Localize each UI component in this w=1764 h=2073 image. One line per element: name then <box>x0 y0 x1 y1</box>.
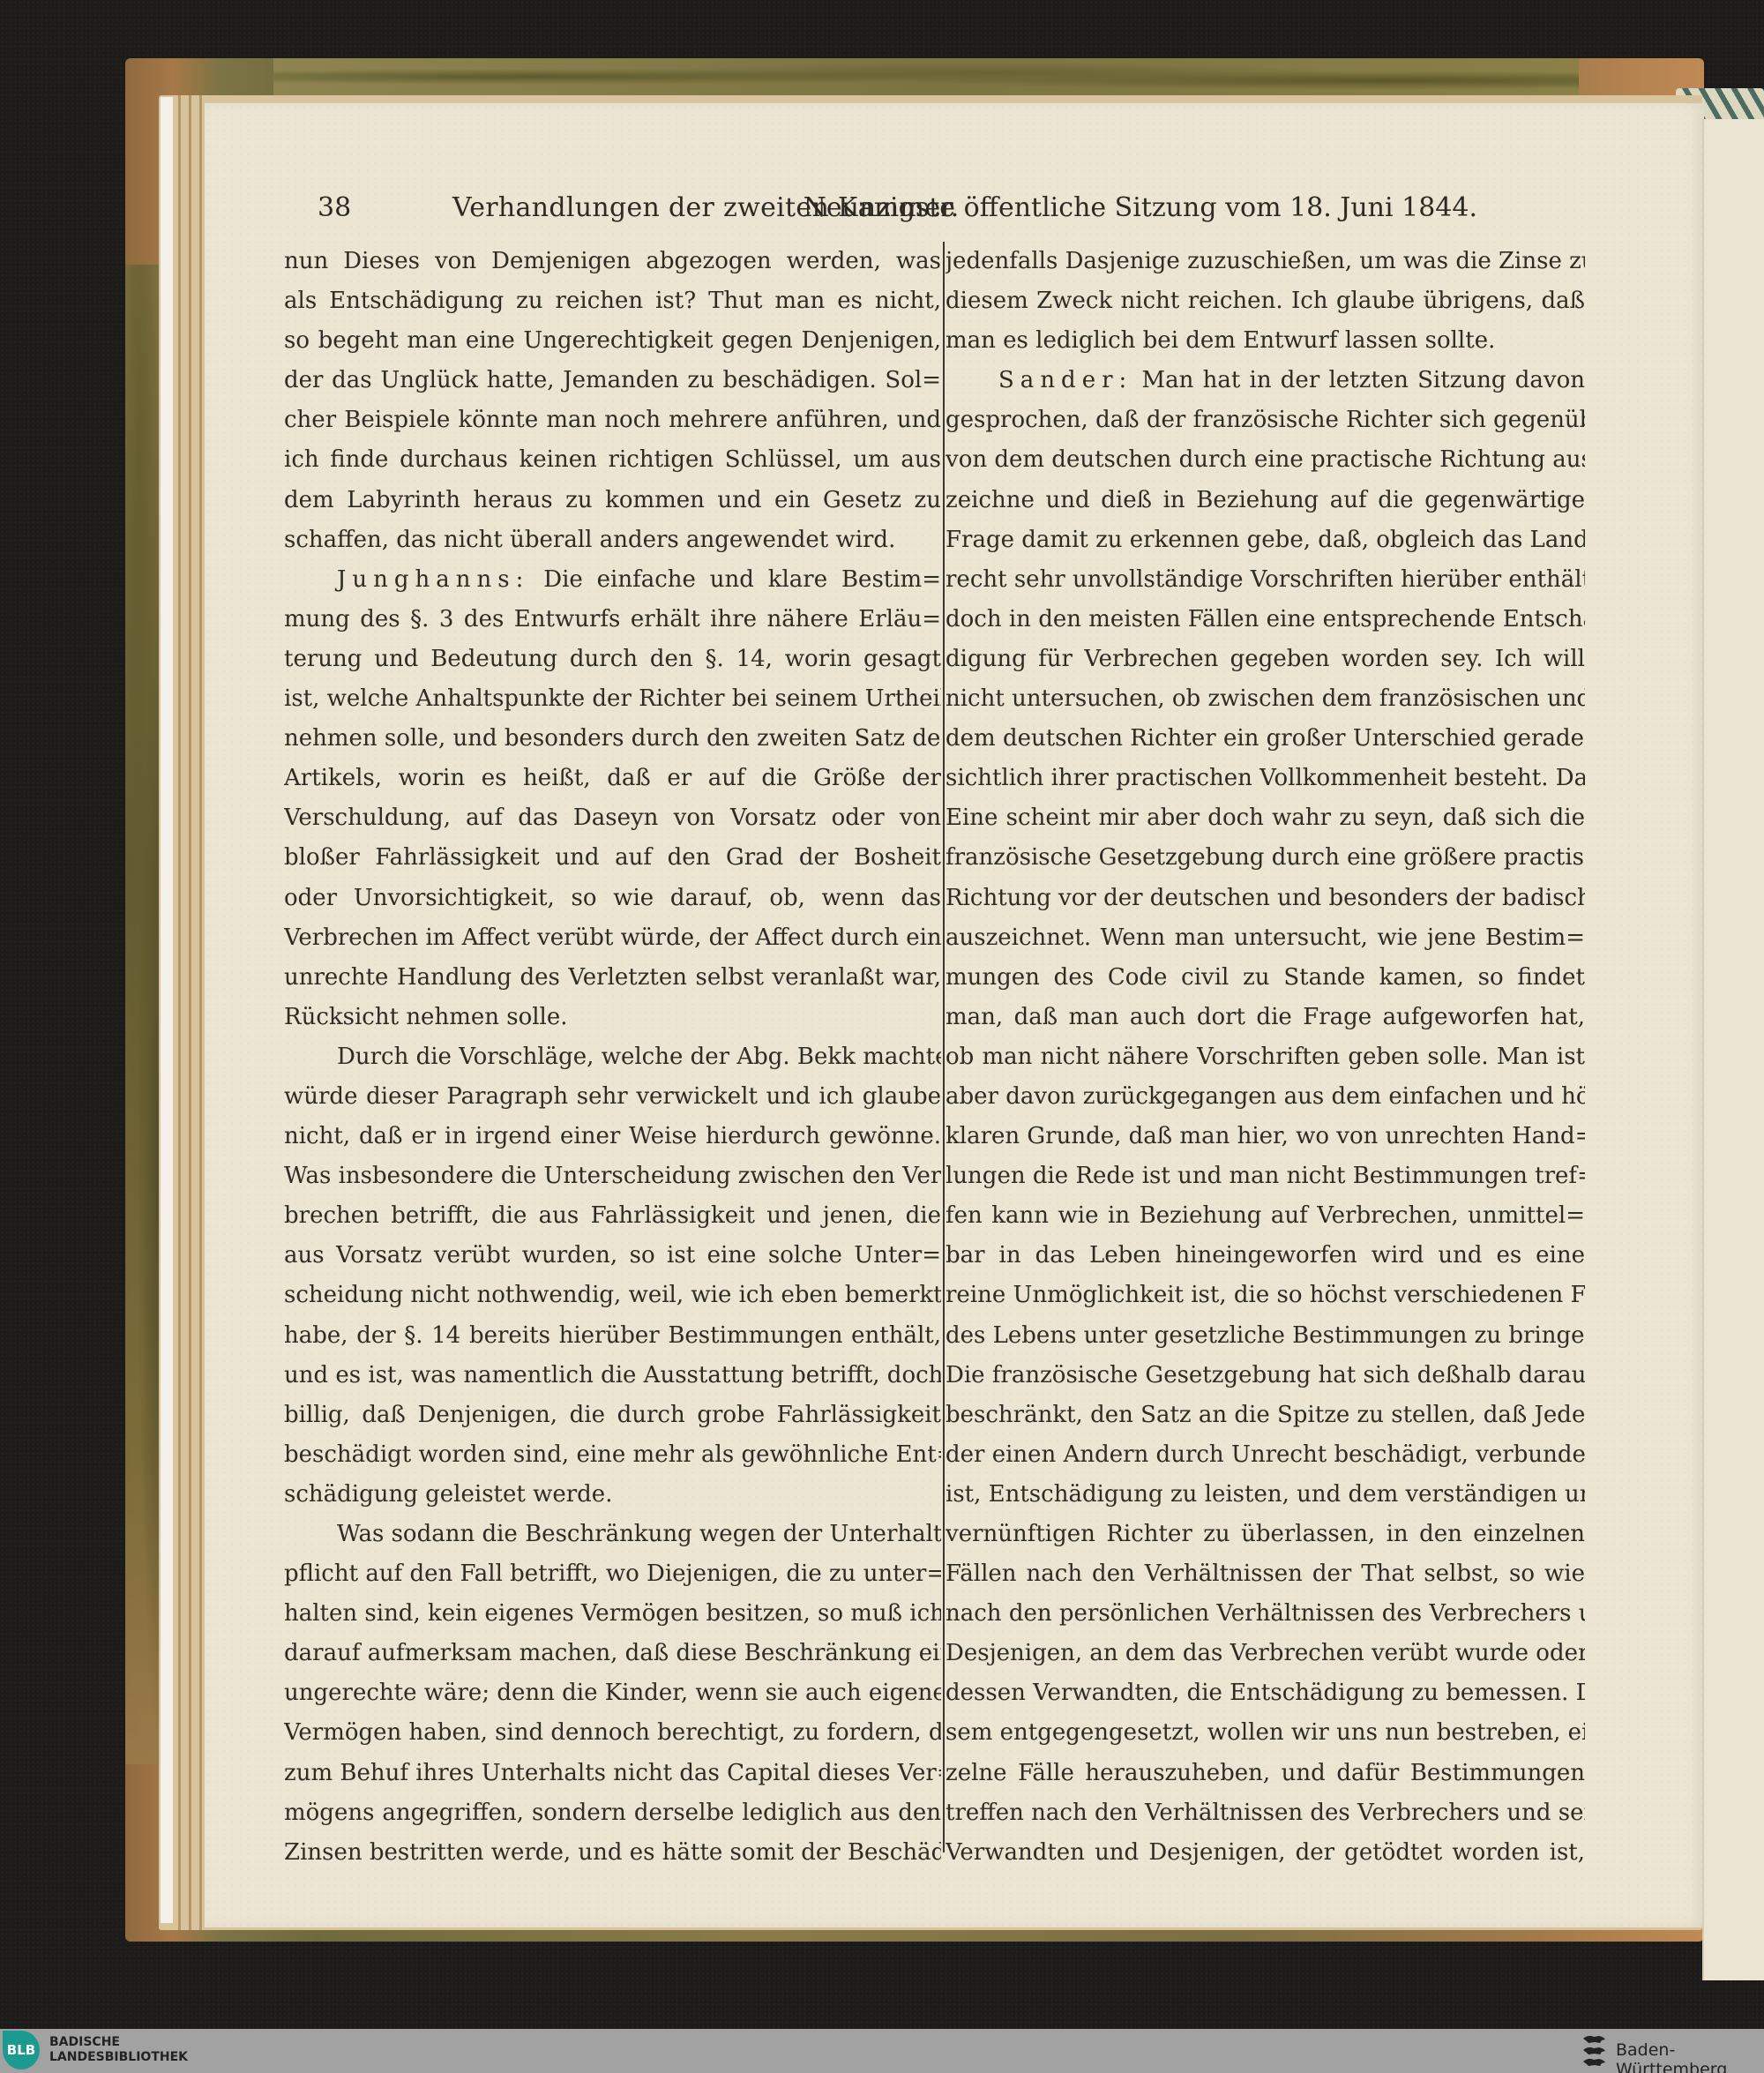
facing-page-edge <box>1702 119 1764 1980</box>
text-line: nicht, daß er in irgend einer Weise hier… <box>284 1117 941 1156</box>
text-line: fen kann wie in Beziehung auf Verbrechen… <box>946 1196 1585 1236</box>
text-line: würde dieser Paragraph sehr verwickelt u… <box>284 1077 941 1117</box>
text-line: so begeht man eine Ungerechtigkeit gegen… <box>284 321 941 361</box>
text-line: aber davon zurückgegangen aus dem einfac… <box>946 1077 1585 1117</box>
text-line: digung für Verbrechen gegeben worden sey… <box>946 640 1585 679</box>
text-line: jedenfalls Dasjenige zuzuschießen, um wa… <box>946 242 1585 281</box>
text-line: terung und Bedeutung durch den §. 14, wo… <box>284 640 941 679</box>
text-line: ungerechte wäre; denn die Kinder, wenn s… <box>284 1673 941 1713</box>
blb-name[interactable]: BADISCHE LANDESBIBLIOTHEK <box>49 2035 188 2065</box>
text-line: beschränkt, den Satz an die Spitze zu st… <box>946 1396 1585 1435</box>
text-line: unrechte Handlung des Verletzten selbst … <box>284 958 941 998</box>
text-line: aus Vorsatz verübt wurden, so ist eine s… <box>284 1236 941 1276</box>
text-line: recht sehr unvollständige Vorschriften h… <box>946 560 1585 600</box>
speaker-name: Sander: <box>998 367 1132 393</box>
text-line: nehmen solle, und besonders durch den zw… <box>284 719 941 759</box>
left-column: nun Dieses von Demjenigen abgezogen werd… <box>284 242 941 1873</box>
text-line: mung des §. 3 des Entwurfs erhält ihre n… <box>284 600 941 640</box>
page-number: 38 <box>318 192 351 223</box>
footer-bar: BLB BADISCHE LANDESBIBLIOTHEK Baden-Würt… <box>0 2029 1764 2073</box>
endpaper-edge <box>161 97 173 1923</box>
text-line: französische Gesetzgebung durch eine grö… <box>946 838 1585 878</box>
text-line: als Entschädigung zu reichen ist? Thut m… <box>284 281 941 321</box>
text-line: Verwandten und Desjenigen, der getödtet … <box>946 1833 1585 1873</box>
text-line: Sander: Man hat in der letzten Sitzung d… <box>946 361 1585 400</box>
cover-marble-top <box>273 58 1579 95</box>
text-line: sichtlich ihrer practischen Vollkommenhe… <box>946 759 1585 798</box>
text-line: mögens angegriffen, sondern derselbe led… <box>284 1793 941 1833</box>
blb-logo[interactable]: BLB <box>3 2031 40 2069</box>
text-line: doch in den meisten Fällen eine entsprec… <box>946 600 1585 640</box>
text-line: beschädigt worden sind, eine mehr als ge… <box>284 1435 941 1475</box>
text-line: cher Beispiele könnte man noch mehrere a… <box>284 400 941 440</box>
speech-text: Man hat in der letzten Sitzung davon <box>1132 367 1585 393</box>
text-line: billig, daß Denjenigen, die durch grobe … <box>284 1396 941 1435</box>
text-line: habe, der §. 14 bereits hierüber Bestimm… <box>284 1316 941 1356</box>
text-line: nun Dieses von Demjenigen abgezogen werd… <box>284 242 941 281</box>
running-header: 38 Verhandlungen der zweiten Kammer. Neu… <box>318 192 1477 236</box>
text-line: zeichne und dieß in Beziehung auf die ge… <box>946 481 1585 520</box>
text-line: bar in das Leben hineingeworfen wird und… <box>946 1236 1585 1276</box>
text-line: schädigung geleistet werde. <box>284 1475 941 1515</box>
text-line: des Lebens unter gesetzliche Bestimmunge… <box>946 1316 1585 1356</box>
text-line: man es lediglich bei dem Entwurf lassen … <box>946 321 1585 361</box>
text-line: ob man nicht nähere Vorschriften geben s… <box>946 1037 1585 1077</box>
text-line: und es ist, was namentlich die Ausstattu… <box>284 1356 941 1396</box>
text-line: Was insbesondere die Unterscheidung zwis… <box>284 1156 941 1196</box>
speech-text: Die einfache und klare Bestim= <box>529 566 941 593</box>
text-line: Verbrechen im Affect verübt würde, der A… <box>284 918 941 958</box>
text-line: dem Labyrinth heraus zu kommen und ein G… <box>284 481 941 520</box>
text-line: Durch die Vorschläge, welche der Abg. Be… <box>284 1037 941 1077</box>
header-session: Neunzigste öffentliche Sitzung vom 18. J… <box>804 192 1477 223</box>
text-line: Zinsen bestritten werde, und es hätte so… <box>284 1833 941 1873</box>
text-line: Richtung vor der deutschen und besonders… <box>946 879 1585 918</box>
text-line: man, daß man auch dort die Frage aufgewo… <box>946 998 1585 1037</box>
bw-name[interactable]: Baden-Württemberg <box>1616 2040 1764 2073</box>
text-line: dem deutschen Richter ein großer Untersc… <box>946 719 1585 759</box>
text-line: Fällen nach den Verhältnissen der That s… <box>946 1554 1585 1594</box>
text-line: schaffen, das nicht überall anders angew… <box>284 520 941 560</box>
blb-logo-text: BLB <box>7 2042 35 2058</box>
text-line: treffen nach den Verhältnissen des Verbr… <box>946 1793 1585 1833</box>
text-line: brechen betrifft, die aus Fahrlässigkeit… <box>284 1196 941 1236</box>
right-column: jedenfalls Dasjenige zuzuschießen, um wa… <box>946 242 1585 1873</box>
text-line: nicht untersuchen, ob zwischen dem franz… <box>946 679 1585 719</box>
text-line: vernünftigen Richter zu überlassen, in d… <box>946 1515 1585 1554</box>
column-divider <box>943 242 945 1852</box>
text-line: ist, welche Anhaltspunkte der Richter be… <box>284 679 941 719</box>
text-line: Vermögen haben, sind dennoch berechtigt,… <box>284 1713 941 1753</box>
text-line: ich finde durchaus keinen richtigen Schl… <box>284 440 941 480</box>
text-line: zelne Fälle herauszuheben, und dafür Bes… <box>946 1754 1585 1793</box>
text-line: Die französische Gesetzgebung hat sich d… <box>946 1356 1585 1396</box>
text-line: zum Behuf ihres Unterhalts nicht das Cap… <box>284 1754 941 1793</box>
text-line: diesem Zweck nicht reichen. Ich glaube ü… <box>946 281 1585 321</box>
text-line: mungen des Code civil zu Stande kamen, s… <box>946 958 1585 998</box>
text-line: dessen Verwandten, die Entschädigung zu … <box>946 1673 1585 1713</box>
text-line: Frage damit zu erkennen gebe, daß, obgle… <box>946 520 1585 560</box>
text-line: Eine scheint mir aber doch wahr zu seyn,… <box>946 798 1585 838</box>
blb-name-line1: BADISCHE <box>49 2035 188 2050</box>
text-line: sem entgegengesetzt, wollen wir uns nun … <box>946 1713 1585 1753</box>
blb-name-line2: LANDESBIBLIOTHEK <box>49 2050 188 2065</box>
speaker-name: Junghanns: <box>337 566 529 593</box>
text-line: Was sodann die Beschränkung wegen der Un… <box>284 1515 941 1554</box>
text-line: der das Unglück hatte, Jemanden zu besch… <box>284 361 941 400</box>
text-line: pflicht auf den Fall betrifft, wo Diejen… <box>284 1554 941 1594</box>
text-line: Desjenigen, an dem das Verbrechen verübt… <box>946 1634 1585 1673</box>
text-line: auszeichnet. Wenn man untersucht, wie je… <box>946 918 1585 958</box>
text-line: von dem deutschen durch eine practische … <box>946 440 1585 480</box>
text-line: der einen Andern durch Unrecht beschädig… <box>946 1435 1585 1475</box>
text-line: klaren Grunde, daß man hier, wo von unre… <box>946 1117 1585 1156</box>
text-line: Verschuldung, auf das Daseyn von Vorsatz… <box>284 798 941 838</box>
text-line: darauf aufmerksam machen, daß diese Besc… <box>284 1634 941 1673</box>
text-line: scheidung nicht nothwendig, weil, wie ic… <box>284 1276 941 1315</box>
text-line: bloßer Fahrlässigkeit und auf den Grad d… <box>284 838 941 878</box>
text-line: ist, Entschädigung zu leisten, und dem v… <box>946 1475 1585 1515</box>
text-line: halten sind, kein eigenes Vermögen besit… <box>284 1594 941 1634</box>
text-line: gesprochen, daß der französische Richter… <box>946 400 1585 440</box>
text-line: Junghanns: Die einfache und klare Bestim… <box>284 560 941 600</box>
three-lions-icon <box>1581 2032 1607 2069</box>
text-line: Artikels, worin es heißt, daß er auf die… <box>284 759 941 798</box>
text-line: oder Unvorsichtigkeit, so wie darauf, ob… <box>284 879 941 918</box>
text-line: Rücksicht nehmen solle. <box>284 998 941 1037</box>
text-line: reine Unmöglichkeit ist, die so höchst v… <box>946 1276 1585 1315</box>
text-line: nach den persönlichen Verhältnissen des … <box>946 1594 1585 1634</box>
text-line: lungen die Rede ist und man nicht Bestim… <box>946 1156 1585 1196</box>
